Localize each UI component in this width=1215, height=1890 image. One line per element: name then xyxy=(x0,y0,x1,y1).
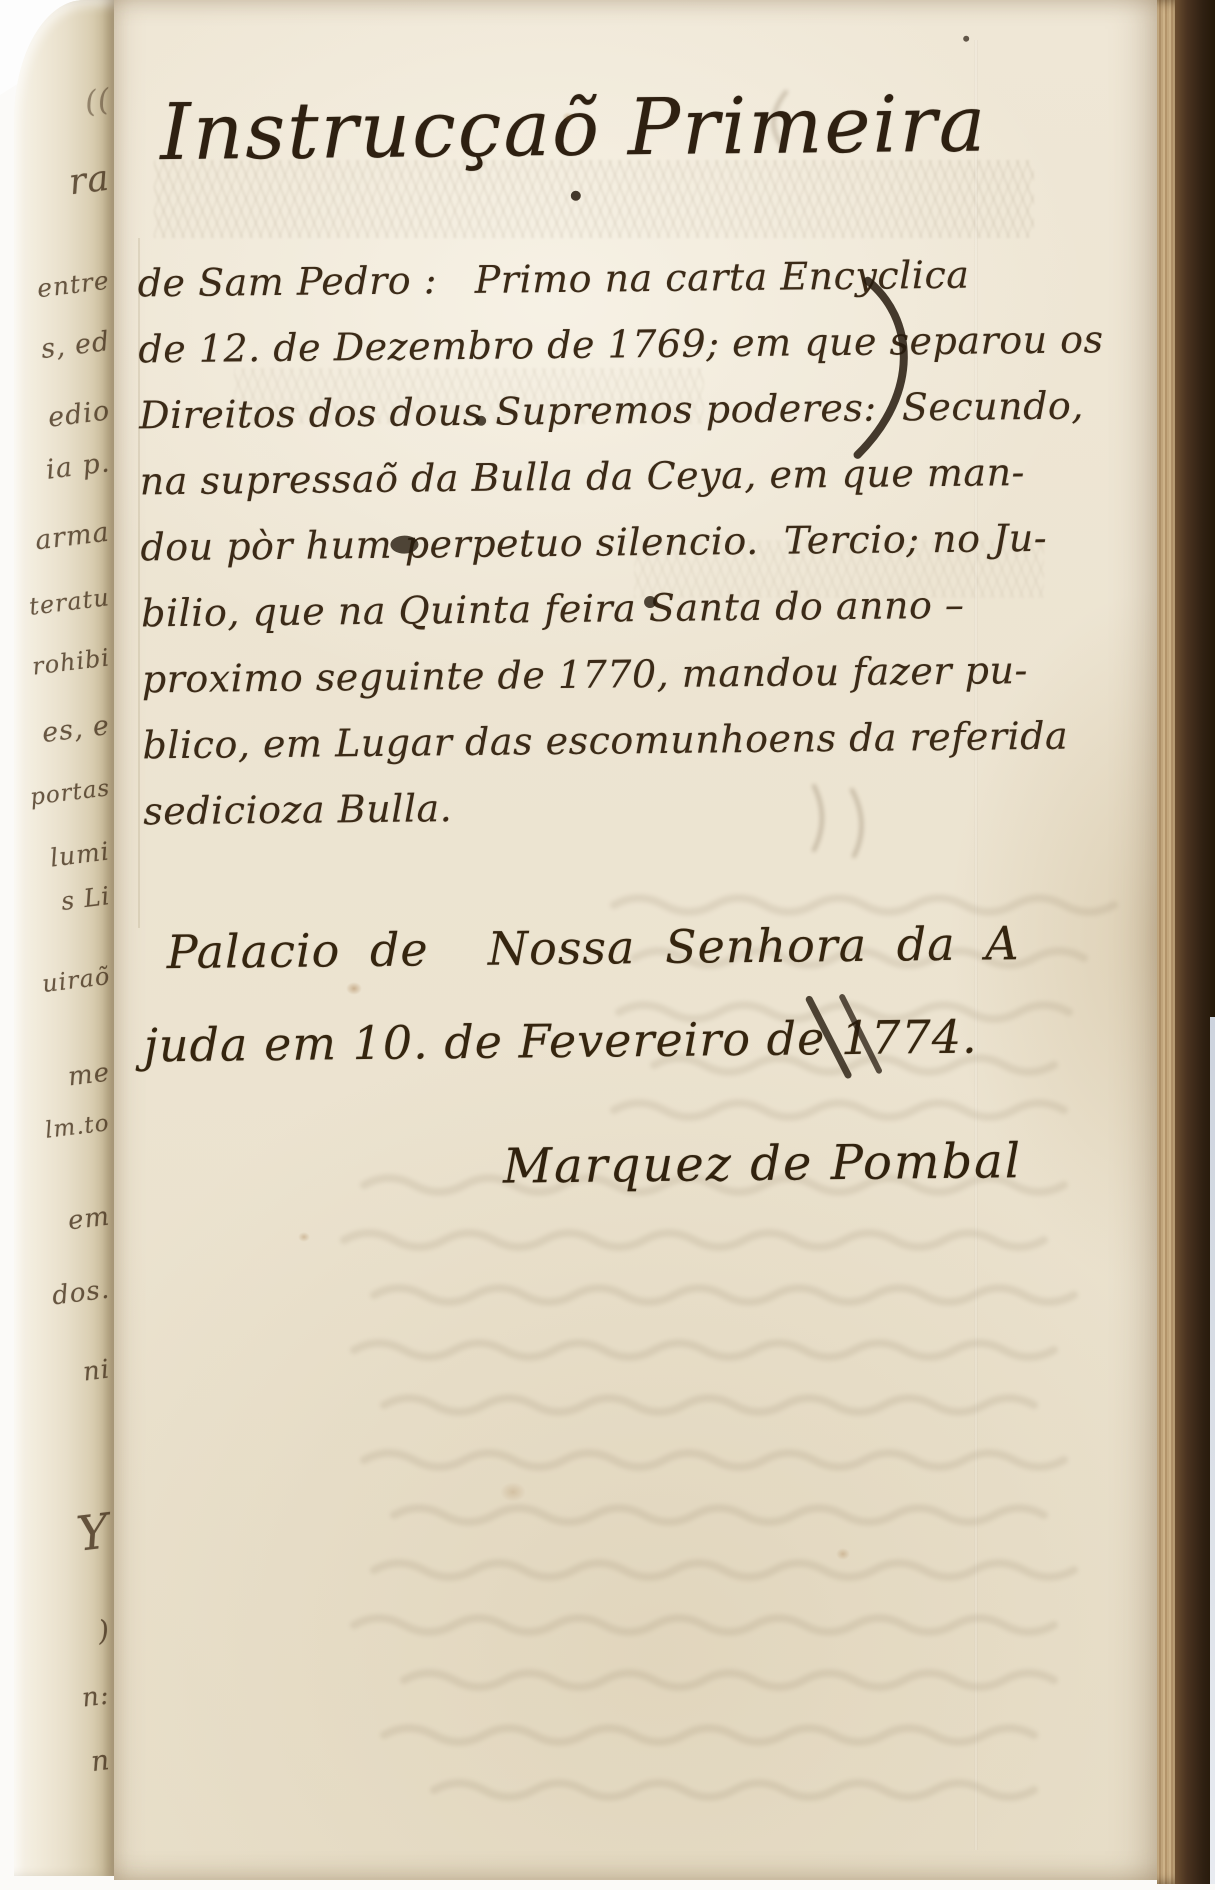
fragment-text: dos. xyxy=(50,1275,111,1312)
fragment-text: ni xyxy=(81,1354,112,1387)
ink-swash-mark xyxy=(856,280,905,454)
fragment-text: ra xyxy=(67,158,112,204)
ink-marks xyxy=(113,0,1179,1875)
previous-page-edge: (( ra entre s, ed edio ia p. arma teratu… xyxy=(14,0,114,1876)
book-binding-edge xyxy=(1157,0,1215,1884)
book-cover-edge xyxy=(1175,0,1215,1884)
fragment-text: edio xyxy=(46,395,111,433)
backdrop-sliver xyxy=(1210,1017,1215,1884)
fragment-text: s Li xyxy=(59,881,112,916)
pen-flourish xyxy=(809,999,848,1075)
fragment-text: entre xyxy=(36,266,112,304)
fragment-text: n: xyxy=(81,1680,112,1713)
fragment-text: em xyxy=(66,1202,111,1237)
fragment-text: arma xyxy=(34,517,112,557)
ink-dot xyxy=(571,191,581,201)
ink-dot xyxy=(644,596,656,608)
fragment-text: uiraõ xyxy=(40,962,111,998)
ink-dot xyxy=(476,416,486,426)
ink-blot xyxy=(390,535,418,553)
book-fore-edge xyxy=(1157,0,1175,1884)
fragment-text: ia p. xyxy=(44,447,111,486)
fragment-text: s, ed xyxy=(39,326,112,365)
fragment-text: n xyxy=(89,1743,112,1778)
pen-flourish xyxy=(842,997,879,1071)
fragment-text: Y xyxy=(74,1503,113,1563)
ink-dot xyxy=(963,36,969,42)
fragment-text: (( xyxy=(83,83,112,121)
fragment-text: rohibi xyxy=(30,643,111,680)
fragment-text: me xyxy=(66,1058,111,1093)
fragment-text: lumi xyxy=(49,836,112,872)
manuscript-photograph: (( ra entre s, ed edio ia p. arma teratu… xyxy=(0,0,1215,1890)
fragment-text: lm.to xyxy=(44,1110,111,1144)
fragment-text: portas xyxy=(28,775,111,811)
fragment-text: teratu xyxy=(28,583,112,621)
handwriting-layer: Instrucçaõ Primeira de Sam Pedro : Primo… xyxy=(113,0,1179,1881)
manuscript-page: Instrucçaõ Primeira de Sam Pedro : Primo… xyxy=(114,0,1160,1880)
fragment-text: es, e xyxy=(40,710,111,749)
fragment-text: ) xyxy=(96,1613,112,1647)
